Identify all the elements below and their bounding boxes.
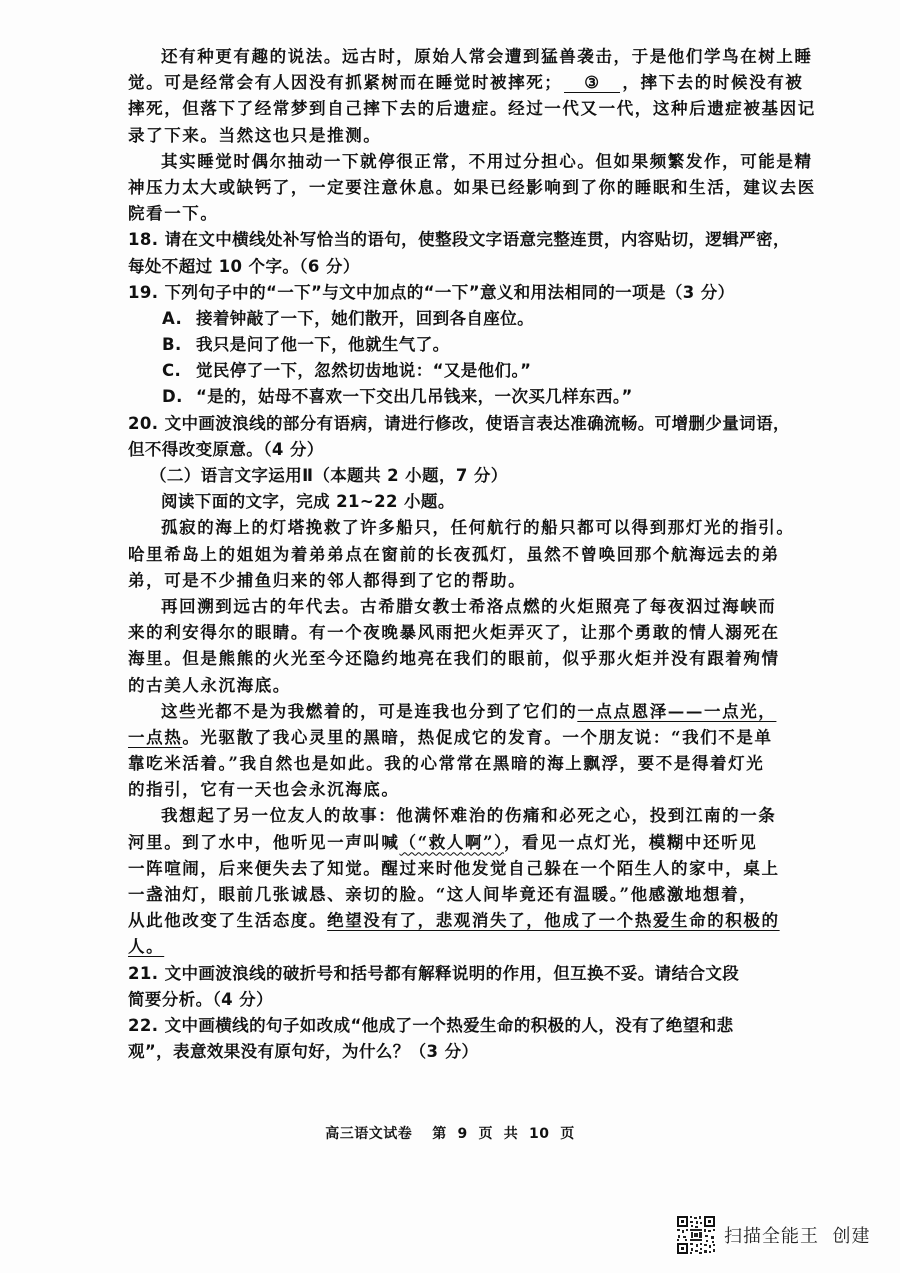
text-segment: 这些光都不是为我燃着的，可是连我也分到了它们的 xyxy=(161,702,577,721)
text-line: 神压力太大或缺钙了，一定要注意休息。如果已经影响到了你的睡眠和生活，建议去医 xyxy=(128,175,812,201)
underlined-sentence: 人。 xyxy=(128,937,164,956)
text-segment: 河里。到了水中，他听见一声叫喊 xyxy=(128,833,400,852)
option-letter: B. xyxy=(162,332,196,358)
page-number: 第 9 页 共 10 页 xyxy=(432,1126,574,1142)
text-line: 弟，可是不少捕鱼归来的邻人都得到了它的帮助。 xyxy=(128,568,812,594)
page-content: 还有种更有趣的说法。远古时，原始人常会遭到猛兽袭击，于是他们学鸟在树上睡 觉。可… xyxy=(128,44,812,1065)
option-d: D.“是的，姑母不喜欢一下交出几吊钱来，一次买几样东西。” xyxy=(128,384,812,410)
underlined-sentence: 绝望没有了，悲观消失了，他成了一个热爱生命的积极的 xyxy=(327,911,780,930)
question-text: 每处不超过 10 个字。（6 分） xyxy=(128,254,812,280)
underlined-dash-phrase: 一点热 xyxy=(128,728,182,747)
question-text: 21. 文中画波浪线的破折号和括号都有解释说明的作用，但互换不妥。请结合文段 xyxy=(128,961,812,987)
question-19: 19. 下列句子中的“一下”与文中加点的“一下”意义和用法相同的一项是（3 分）… xyxy=(128,280,812,411)
passage-paragraph-sleep-advice: 其实睡觉时偶尔抽动一下就停很正常，不用过分担心。但如果频繁发作，可能是精 神压力… xyxy=(128,149,812,228)
question-text: 但不得改变原意。（4 分） xyxy=(128,437,812,463)
option-b: B.我只是问了他一下，他就生气了。 xyxy=(128,332,812,358)
question-18: 18. 请在文中横线处补写恰当的语句，使整段文字语意完整连贯，内容贴切，逻辑严密… xyxy=(128,227,812,279)
text-line: 摔死，但落下了经常梦到自己摔下去的后遗症。经过一代又一代，这种后遗症被基因记 xyxy=(128,96,812,122)
text-segment: 觉。可是经常会有人因没有抓紧树而在睡觉时被摔死； xyxy=(128,73,562,92)
text-line: 我想起了另一位友人的故事：他满怀难治的伤痛和必死之心，投到江南的一条 xyxy=(128,803,812,829)
exam-title: 高三语文试卷 xyxy=(325,1126,412,1142)
text-line: 的古美人永沉海底。 xyxy=(128,673,812,699)
scanner-watermark: 扫描全能王 创建 xyxy=(676,1215,870,1255)
text-line: 孤寂的海上的灯塔挽救了许多船只，任何航行的船只都可以得到那灯光的指引。 xyxy=(128,515,812,541)
option-a: A.接着钟敲了一下，她们散开，回到各自座位。 xyxy=(128,306,812,332)
option-letter: A. xyxy=(162,306,196,332)
text-line: 人。 xyxy=(128,934,812,960)
text-line: 再回溯到远古的年代去。古希腊女教士希洛点燃的火炬照亮了每夜泅过海峡而 xyxy=(128,594,812,620)
text-line: 一盏油灯，眼前几张诚恳、亲切的脸。“这人间毕竟还有温暖。”他感激地想着， xyxy=(128,882,812,908)
qr-code-icon xyxy=(676,1215,716,1255)
watermark-text: 扫描全能王 创建 xyxy=(724,1222,870,1248)
question-text: 18. 请在文中横线处补写恰当的语句，使整段文字语意完整连贯，内容贴切，逻辑严密… xyxy=(128,227,812,253)
text-line: 一点热。光驱散了我心灵里的黑暗，热促成它的发育。一个朋友说：“我们不是单 xyxy=(128,725,812,751)
passage-paragraph-sleep-theory: 还有种更有趣的说法。远古时，原始人常会遭到猛兽袭击，于是他们学鸟在树上睡 觉。可… xyxy=(128,44,812,149)
passage-lighthouse: 孤寂的海上的灯塔挽救了许多船只，任何航行的船只都可以得到那灯光的指引。 哈里希岛… xyxy=(128,515,812,960)
section-heading: （二）语言文字运用Ⅱ（本题共 2 小题，7 分） xyxy=(128,463,812,489)
text-segment: ，摔下去的时候没有被 xyxy=(622,73,803,92)
text-segment: 从此他改变了生活态度。 xyxy=(128,911,327,930)
text-line: 觉。可是经常会有人因没有抓紧树而在睡觉时被摔死；③，摔下去的时候没有被 xyxy=(128,70,812,96)
section-instruction: 阅读下面的文字，完成 21~22 小题。 xyxy=(128,489,812,515)
text-line: 的指引，它有一天也会永沉海底。 xyxy=(128,777,812,803)
text-line: 海里。但是熊熊的火光至今还隐约地亮在我们的眼前，似乎那火炬并没有跟着殉情 xyxy=(128,646,812,672)
text-segment: 。光驱散了我心灵里的黑暗，热促成它的发育。一个朋友说：“我们不是单 xyxy=(182,728,772,747)
question-22: 22. 文中画横线的句子如改成“他成了一个热爱生命的积极的人，没有了绝望和悲 观… xyxy=(128,1013,812,1065)
option-text: 我只是问了他一下，他就生气了。 xyxy=(196,335,450,354)
question-text: 观”，表意效果没有原句好，为什么？（3 分） xyxy=(128,1039,812,1065)
section-2: （二）语言文字运用Ⅱ（本题共 2 小题，7 分） 阅读下面的文字，完成 21~2… xyxy=(128,463,812,515)
question-stem: 19. 下列句子中的“一下”与文中加点的“一下”意义和用法相同的一项是（3 分） xyxy=(128,280,812,306)
text-line: 还有种更有趣的说法。远古时，原始人常会遭到猛兽袭击，于是他们学鸟在树上睡 xyxy=(128,44,812,70)
text-segment: ，看见一点灯光，模糊中还听见 xyxy=(504,833,757,852)
question-text: 20. 文中画波浪线的部分有语病，请进行修改，使语言表达准确流畅。可增删少量词语… xyxy=(128,411,812,437)
page-footer: 高三语文试卷第 9 页 共 10 页 xyxy=(0,1123,900,1143)
question-text: 简要分析。（4 分） xyxy=(128,987,812,1013)
option-c: C.觉民停了一下，忽然切齿地说：“又是他们。” xyxy=(128,358,812,384)
option-text: 觉民停了一下，忽然切齿地说：“又是他们。” xyxy=(196,361,531,380)
text-line: 其实睡觉时偶尔抽动一下就停很正常，不用过分担心。但如果频繁发作，可能是精 xyxy=(128,149,812,175)
option-letter: C. xyxy=(162,358,196,384)
wavy-underlined-parenthetical: （“救人啊”） xyxy=(400,833,504,852)
underlined-dash-phrase: 一点点恩泽——一点光， xyxy=(577,702,776,721)
question-21: 21. 文中画波浪线的破折号和括号都有解释说明的作用，但互换不妥。请结合文段 简… xyxy=(128,961,812,1013)
text-line: 从此他改变了生活态度。绝望没有了，悲观消失了，他成了一个热爱生命的积极的 xyxy=(128,908,812,934)
question-20: 20. 文中画波浪线的部分有语病，请进行修改，使语言表达准确流畅。可增删少量词语… xyxy=(128,411,812,463)
text-line: 哈里希岛上的姐姐为着弟弟点在窗前的长夜孤灯，虽然不曾唤回那个航海远去的弟 xyxy=(128,542,812,568)
text-line: 院看一下。 xyxy=(128,201,812,227)
text-line: 录了下来。当然这也只是推测。 xyxy=(128,123,812,149)
fill-blank-3: ③ xyxy=(564,74,620,93)
option-text: “是的，姑母不喜欢一下交出几吊钱来，一次买几样东西。” xyxy=(196,387,633,406)
text-line: 河里。到了水中，他听见一声叫喊（“救人啊”），看见一点灯光，模糊中还听见 xyxy=(128,830,812,856)
text-line: 一阵喧闹，后来便失去了知觉。醒过来时他发觉自己躲在一个陌生人的家中，桌上 xyxy=(128,856,812,882)
option-letter: D. xyxy=(162,384,196,410)
option-text: 接着钟敲了一下，她们散开，回到各自座位。 xyxy=(196,309,534,328)
question-text: 22. 文中画横线的句子如改成“他成了一个热爱生命的积极的人，没有了绝望和悲 xyxy=(128,1013,812,1039)
exam-page: 还有种更有趣的说法。远古时，原始人常会遭到猛兽袭击，于是他们学鸟在树上睡 觉。可… xyxy=(0,0,900,1273)
text-line: 来的利安得尔的眼睛。有一个夜晚暴风雨把火炬弄灭了，让那个勇敢的情人溺死在 xyxy=(128,620,812,646)
text-line: 这些光都不是为我燃着的，可是连我也分到了它们的一点点恩泽——一点光， xyxy=(128,699,812,725)
text-line: 靠吃米活着。”我自然也是如此。我的心常常在黑暗的海上飘浮，要不是得着灯光 xyxy=(128,751,812,777)
